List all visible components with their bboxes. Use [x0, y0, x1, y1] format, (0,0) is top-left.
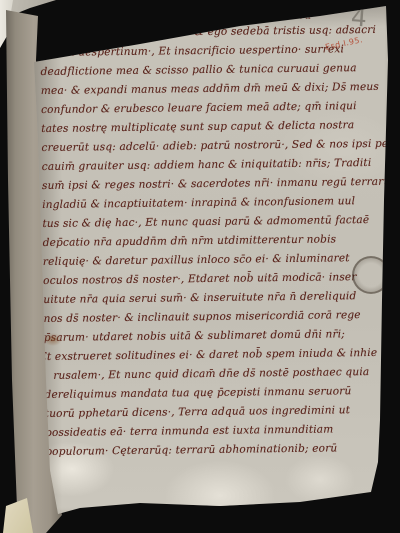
manuscript-photo: transgressione eorū 4 Esd.I.95. quidē ca… — [0, 0, 400, 533]
edge-ring-mark — [352, 256, 390, 294]
text-block: quidē captiuitate uenerant· & ego sedebā… — [40, 21, 357, 462]
manuscript-line: populorum· Cęterarūq: terrarū abhominati… — [45, 439, 357, 462]
stain — [44, 333, 62, 346]
parchment-page: transgressione eorū 4 Esd.I.95. quidē ca… — [0, 0, 400, 533]
